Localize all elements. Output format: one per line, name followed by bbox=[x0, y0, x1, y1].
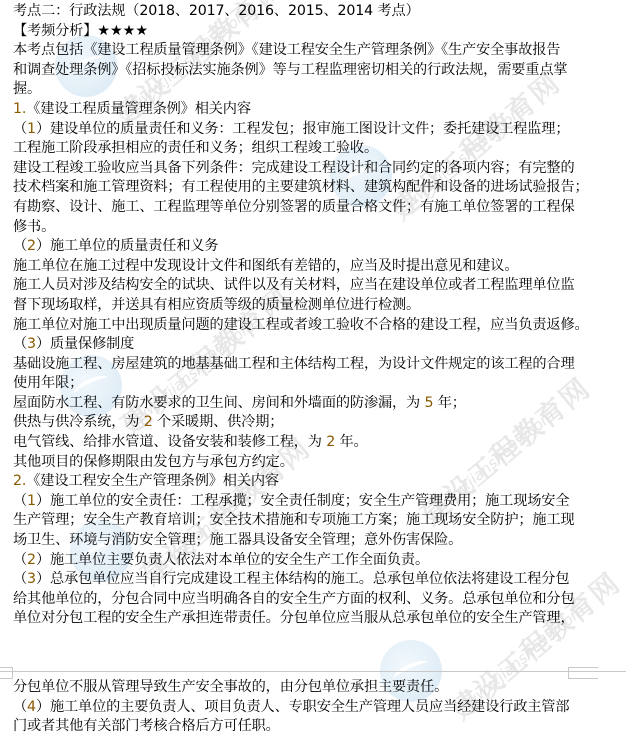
warranty-line: 供热与供冷系统，为 2 个采暖期、供冷期； bbox=[13, 413, 613, 433]
page-margin-marker-left bbox=[0, 667, 13, 679]
item-line: 建设工程竣工验收应当具备下列条件：完成建设工程设计和合同约定的各项内容；有完整的 bbox=[13, 159, 613, 179]
section-number: 1. bbox=[13, 101, 26, 117]
item-line: 技术档案和施工管理资料；有工程使用的主要建筑材料、建筑构配件和设备的进场试验报告… bbox=[13, 178, 613, 198]
document-page-1: 考点二：行政法规（2018、2017、2016、2015、2014 考点） 【考… bbox=[13, 2, 613, 629]
title-years: 2018、2017、2016、2015、2014 bbox=[139, 3, 373, 19]
item-line: 施工单位在施工过程中发现设计文件和图纸有差错的，应当及时提出意见和建议。 bbox=[13, 257, 613, 277]
item-line: （1）建设单位的质量责任和义务：工程发包；报审施工图设计文件；委托建设工程监理； bbox=[13, 120, 613, 140]
intro-line: 本考点包括《建设工程质量管理条例》《建设工程安全生产管理条例》《生产安全事故报告 bbox=[13, 41, 613, 61]
section-1-heading: 1.《建设工程质量管理条例》相关内容 bbox=[13, 100, 613, 120]
section-heading-text: 《建设工程安全生产管理条例》相关内容 bbox=[26, 473, 279, 489]
item-line: （2）施工单位主要负责人依法对本单位的安全生产工作全面负责。 bbox=[13, 551, 613, 571]
title-prefix: 考点二：行政法规（ bbox=[13, 3, 139, 19]
item-line: 有勘察、设计、施工、工程监理等单位分别签署的质量合格文件；有施工单位签署的工程保 bbox=[13, 198, 613, 218]
warranty-line: 屋面防水工程、有防水要求的卫生间、房间和外墙面的防渗漏，为 5 年； bbox=[13, 394, 613, 414]
frequency-label: 【考频分析】 bbox=[13, 23, 97, 39]
item-line: 工程施工阶段承担相应的责任和义务；组织工程竣工验收。 bbox=[13, 139, 613, 159]
item-line: 使用年限； bbox=[13, 374, 613, 394]
section-number: 2. bbox=[13, 473, 26, 489]
item-line: 门或者其他有关部门考核合格后方可任职。 bbox=[13, 717, 613, 737]
item-line: （3）总承包单位应当自行完成建设工程主体结构的施工。总承包单位依法将建设工程分包 bbox=[13, 570, 613, 590]
item-line: 施工单位对施工中出现质量问题的建设工程或者竣工验收不合格的建设工程，应当负责返修… bbox=[13, 316, 613, 336]
section-heading-text: 《建设工程质量管理条例》相关内容 bbox=[26, 101, 251, 117]
item-line: 给其他单位的，分包合同中应当明确各自的安全生产方面的权利、义务。总承包单位和分包 bbox=[13, 590, 613, 610]
item-line: 督下现场取样，并送具有相应资质等级的质量检测单位进行检测。 bbox=[13, 296, 613, 316]
page-break-divider bbox=[0, 671, 626, 672]
item-line: 场卫生、环境与消防安全管理；施工器具设备安全管理；意外伤害保险。 bbox=[13, 531, 613, 551]
star-rating-icon: ★★★★ bbox=[97, 23, 148, 39]
section-2-heading: 2.《建设工程安全生产管理条例》相关内容 bbox=[13, 472, 613, 492]
title-suffix: 考点） bbox=[377, 3, 419, 19]
item-line: 修书。 bbox=[13, 218, 613, 238]
item-line: 单位对分包工程的安全生产承担连带责任。分包单位应当服从总承包单位的安全生产管理， bbox=[13, 609, 613, 629]
item-line: （2）施工单位的质量责任和义务 bbox=[13, 237, 613, 257]
item-line: （4）施工单位的主要负责人、项目负责人、专职安全生产管理人员应当经建设行政主管部 bbox=[13, 698, 613, 718]
item-line: 生产管理；安全生产教育培训；安全技术措施和专项施工方案；施工现场安全防护；施工现 bbox=[13, 511, 613, 531]
item-line: 基础设施工程、房屋建筑的地基基础工程和主体结构工程，为设计文件规定的该工程的合理 bbox=[13, 355, 613, 375]
item-line: 分包单位不服从管理导致生产安全事故的，由分包单位承担主要责任。 bbox=[13, 678, 613, 698]
section-title: 考点二：行政法规（2018、2017、2016、2015、2014 考点） bbox=[13, 2, 613, 22]
document-page-2: 分包单位不服从管理导致生产安全事故的，由分包单位承担主要责任。 （4）施工单位的… bbox=[13, 678, 613, 737]
frequency-analysis: 【考频分析】★★★★ bbox=[13, 22, 613, 42]
intro-line: 握。 bbox=[13, 80, 613, 100]
item-line: （1）施工单位的安全责任：工程承揽；安全责任制度；安全生产管理费用；施工现场安全 bbox=[13, 492, 613, 512]
warranty-line: 电气管线、给排水管道、设备安装和装修工程，为 2 年。 bbox=[13, 433, 613, 453]
item-line: 施工人员对涉及结构安全的试块、试件以及有关材料，应当在建设单位或者工程监理单位监 bbox=[13, 276, 613, 296]
intro-line: 和调查处理条例》《招标投标法实施条例》等与工程监理密切相关的行政法规，需要重点掌 bbox=[13, 61, 613, 81]
item-line: （3）质量保修制度 bbox=[13, 335, 613, 355]
item-line: 其他项目的保修期限由发包方与承包方约定。 bbox=[13, 453, 613, 473]
